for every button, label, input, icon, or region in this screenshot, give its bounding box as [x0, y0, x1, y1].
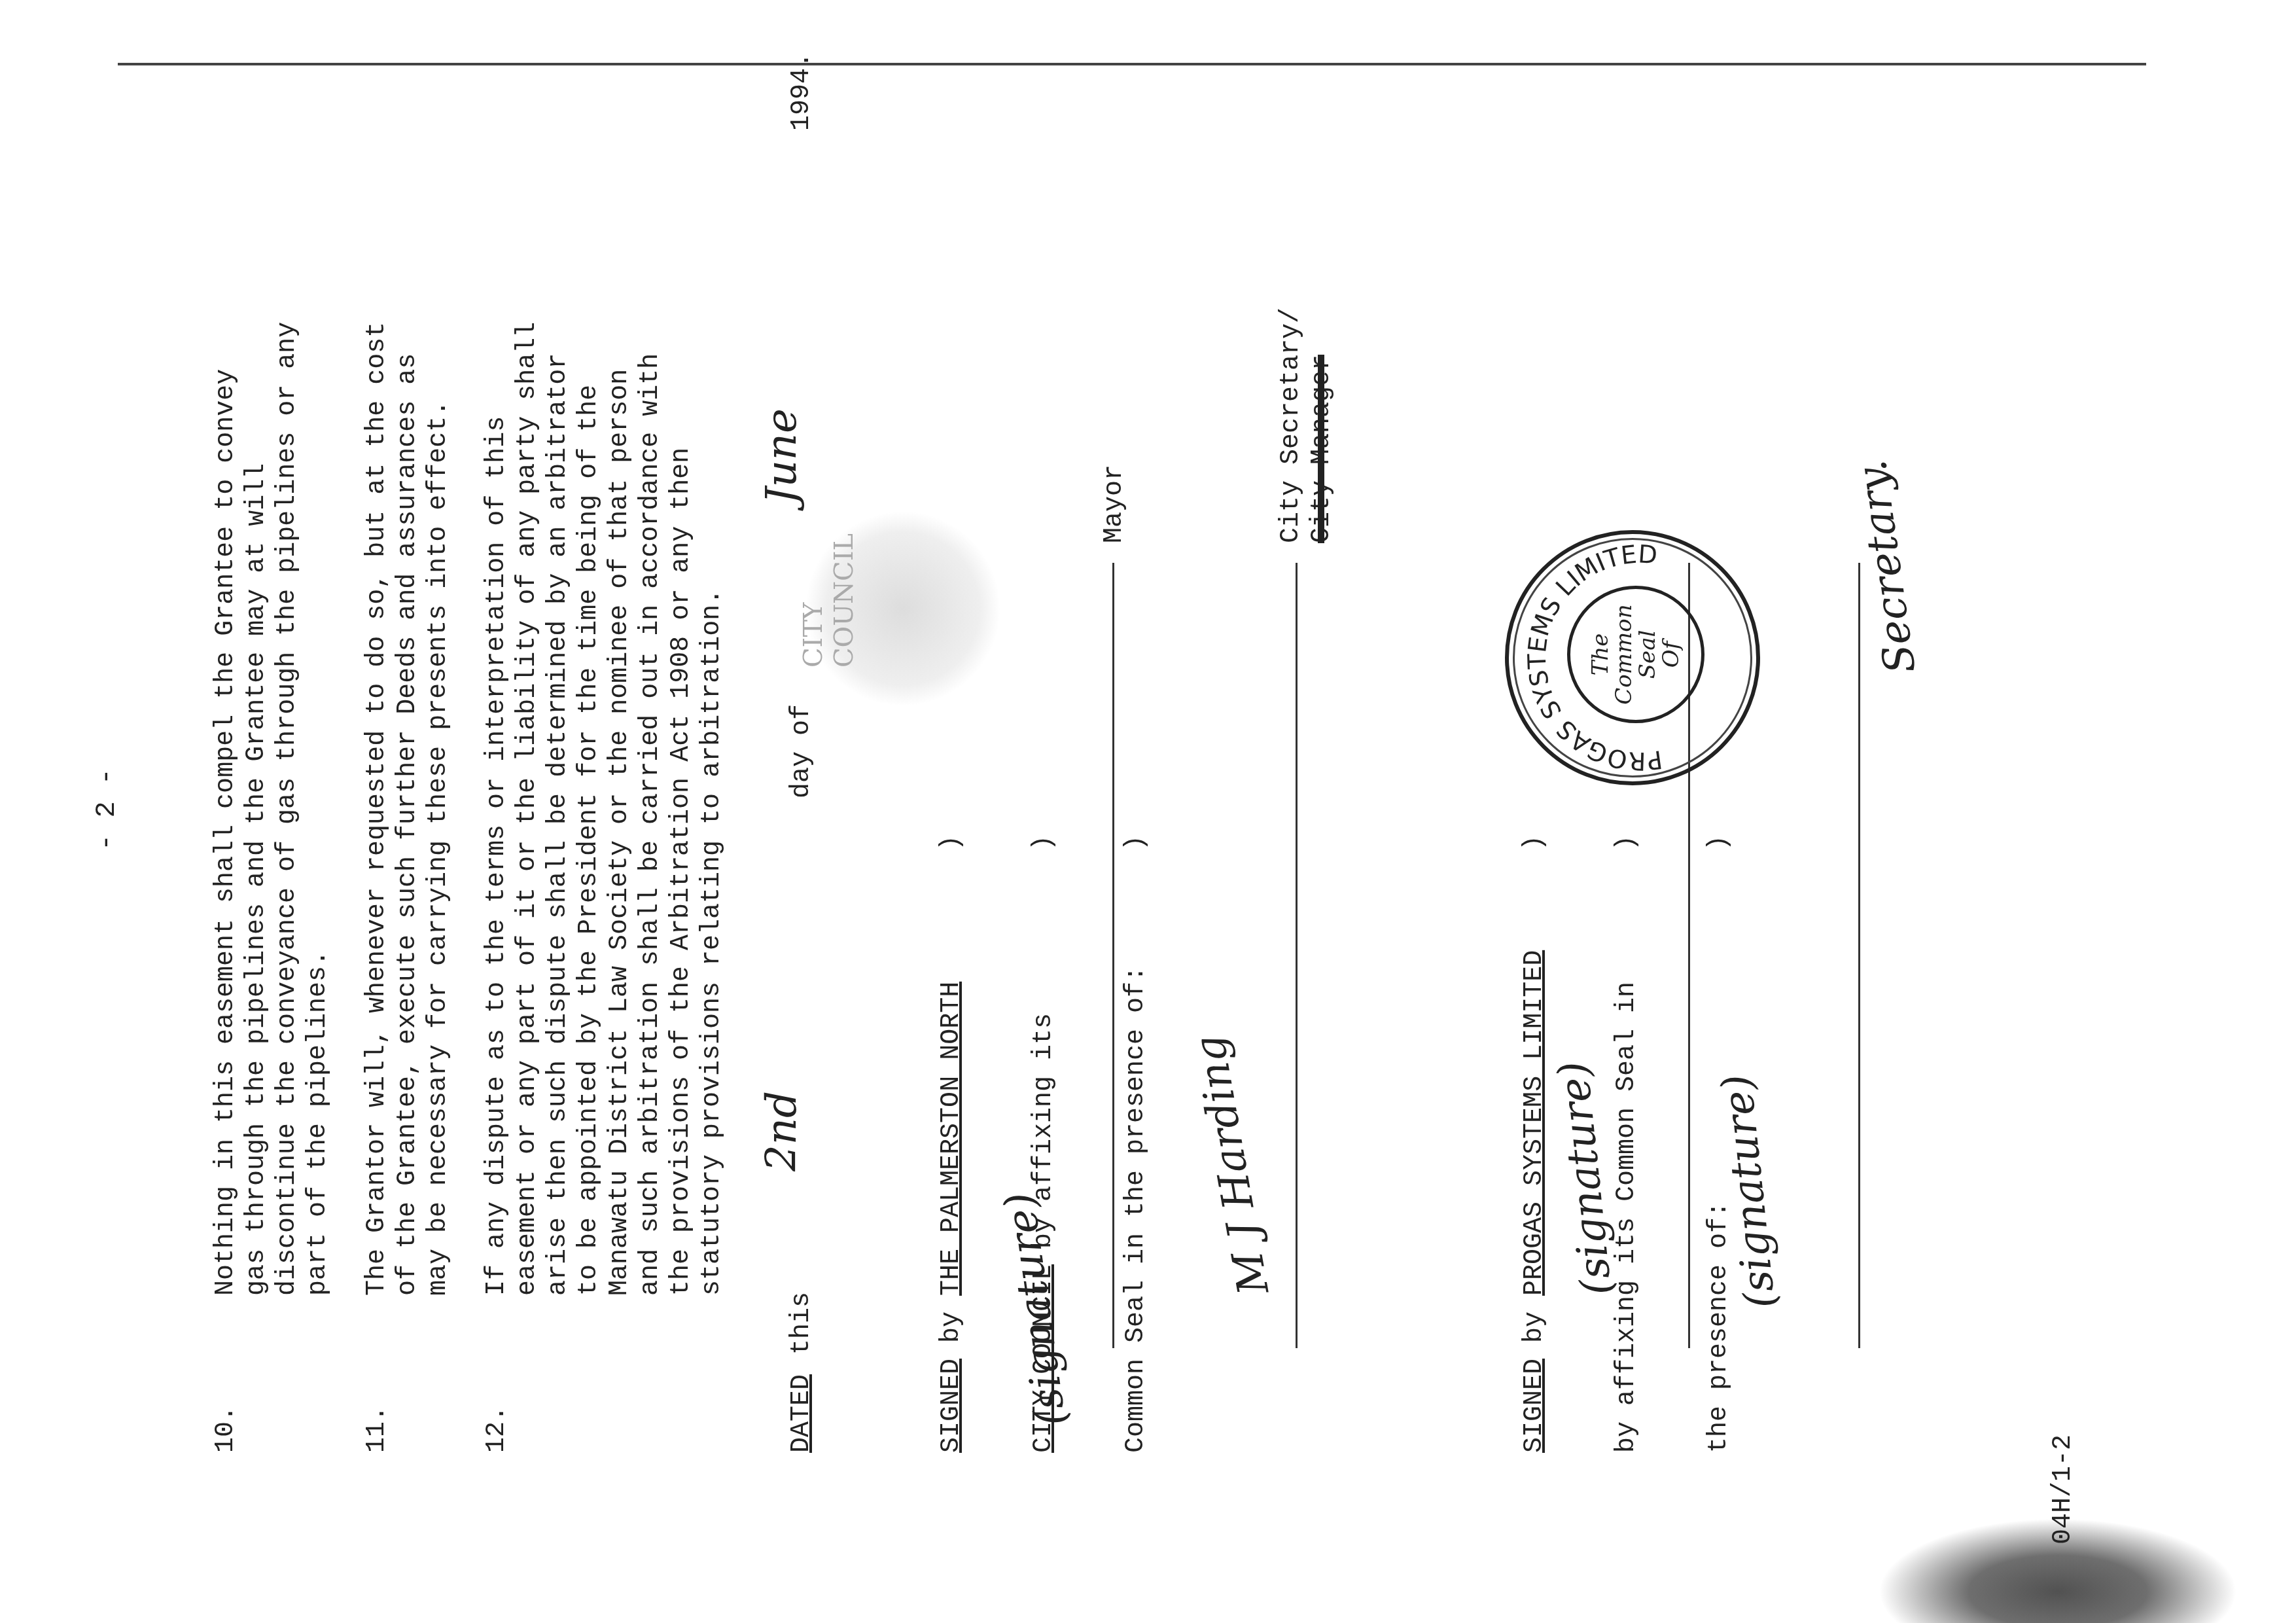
seal-center: The Common Seal Of — [1567, 586, 1704, 723]
handwritten-month: June — [767, 408, 798, 504]
clause-text: Nothing in this easement shall compel th… — [211, 322, 334, 1296]
scan-edge-line — [118, 63, 2146, 65]
dated-label: DATED — [786, 1374, 817, 1453]
brace: ) — [1612, 788, 1642, 851]
progas-braces: ) ) ) — [1458, 788, 1796, 851]
brace: ) — [936, 788, 967, 851]
dated-this: this — [786, 1292, 817, 1355]
city-secretary-label: City Secretary/ — [1276, 308, 1307, 543]
clause-10: 10. Nothing in this easement shall compe… — [211, 131, 334, 1453]
by-label: by — [937, 1311, 966, 1343]
clause-text: The Grantor will, whenever requested to … — [362, 322, 454, 1296]
seal-line: Of — [1659, 641, 1683, 668]
clause-number: 11. — [362, 1406, 393, 1453]
signed-label: SIGNED — [1520, 1359, 1549, 1453]
clause-number: 12. — [482, 1406, 512, 1453]
by-label: by — [1520, 1311, 1549, 1343]
page-number: - 2 - — [92, 768, 122, 851]
progas-secretary-signature-line — [1858, 563, 1860, 1348]
seal-line: The — [1589, 633, 1612, 676]
city-manager-struck-label: City Manager — [1307, 355, 1337, 543]
document-page: - 2 - 10. Nothing in this easement shall… — [0, 0, 2296, 1623]
seal-text: CITY COUNCIL — [798, 510, 860, 668]
clause-number: 10. — [211, 1406, 241, 1453]
city-secretary-signature-line — [1296, 563, 1298, 1348]
presence-text: Common Seal in the presence of: — [1121, 966, 1152, 1453]
clause-text: If any dispute as to the terms or interp… — [482, 322, 728, 1296]
seal-line: Seal — [1636, 630, 1659, 679]
handwritten-day: 2nd — [767, 1091, 798, 1171]
affixing-text: by affixing its Common Seal in — [1612, 950, 1642, 1453]
dated-year: 1994. — [786, 52, 817, 131]
dated-day-of: day of — [786, 704, 817, 798]
document-reference-code: 04H/1-2 — [2048, 1435, 2079, 1544]
brace: ) — [1704, 788, 1735, 851]
brace: ) — [1519, 788, 1550, 851]
council-braces: ) ) ) — [875, 788, 1213, 851]
signed-label: SIGNED — [937, 1359, 966, 1453]
mayor-signature-line — [1112, 563, 1114, 1348]
council-seal-impression: CITY COUNCIL — [805, 510, 1001, 707]
progas-name: PROGAS SYSTEMS LIMITED — [1520, 950, 1549, 1296]
clause-12: 12. If any dispute as to the terms or in… — [482, 131, 605, 1453]
progas-secretary-label: Secretary. — [1856, 458, 1916, 675]
progas-common-seal: PROGAS SYSTEMS LIMITED The Common Seal O… — [1505, 530, 1760, 785]
brace: ) — [1029, 788, 1059, 851]
clause-11: 11. The Grantor will, whenever requested… — [362, 131, 485, 1453]
seal-line: Common — [1612, 604, 1636, 704]
council-name-line1: THE PALMERSTON NORTH — [937, 982, 966, 1296]
mayor-label: Mayor — [1099, 465, 1130, 543]
brace: ) — [1121, 788, 1152, 851]
